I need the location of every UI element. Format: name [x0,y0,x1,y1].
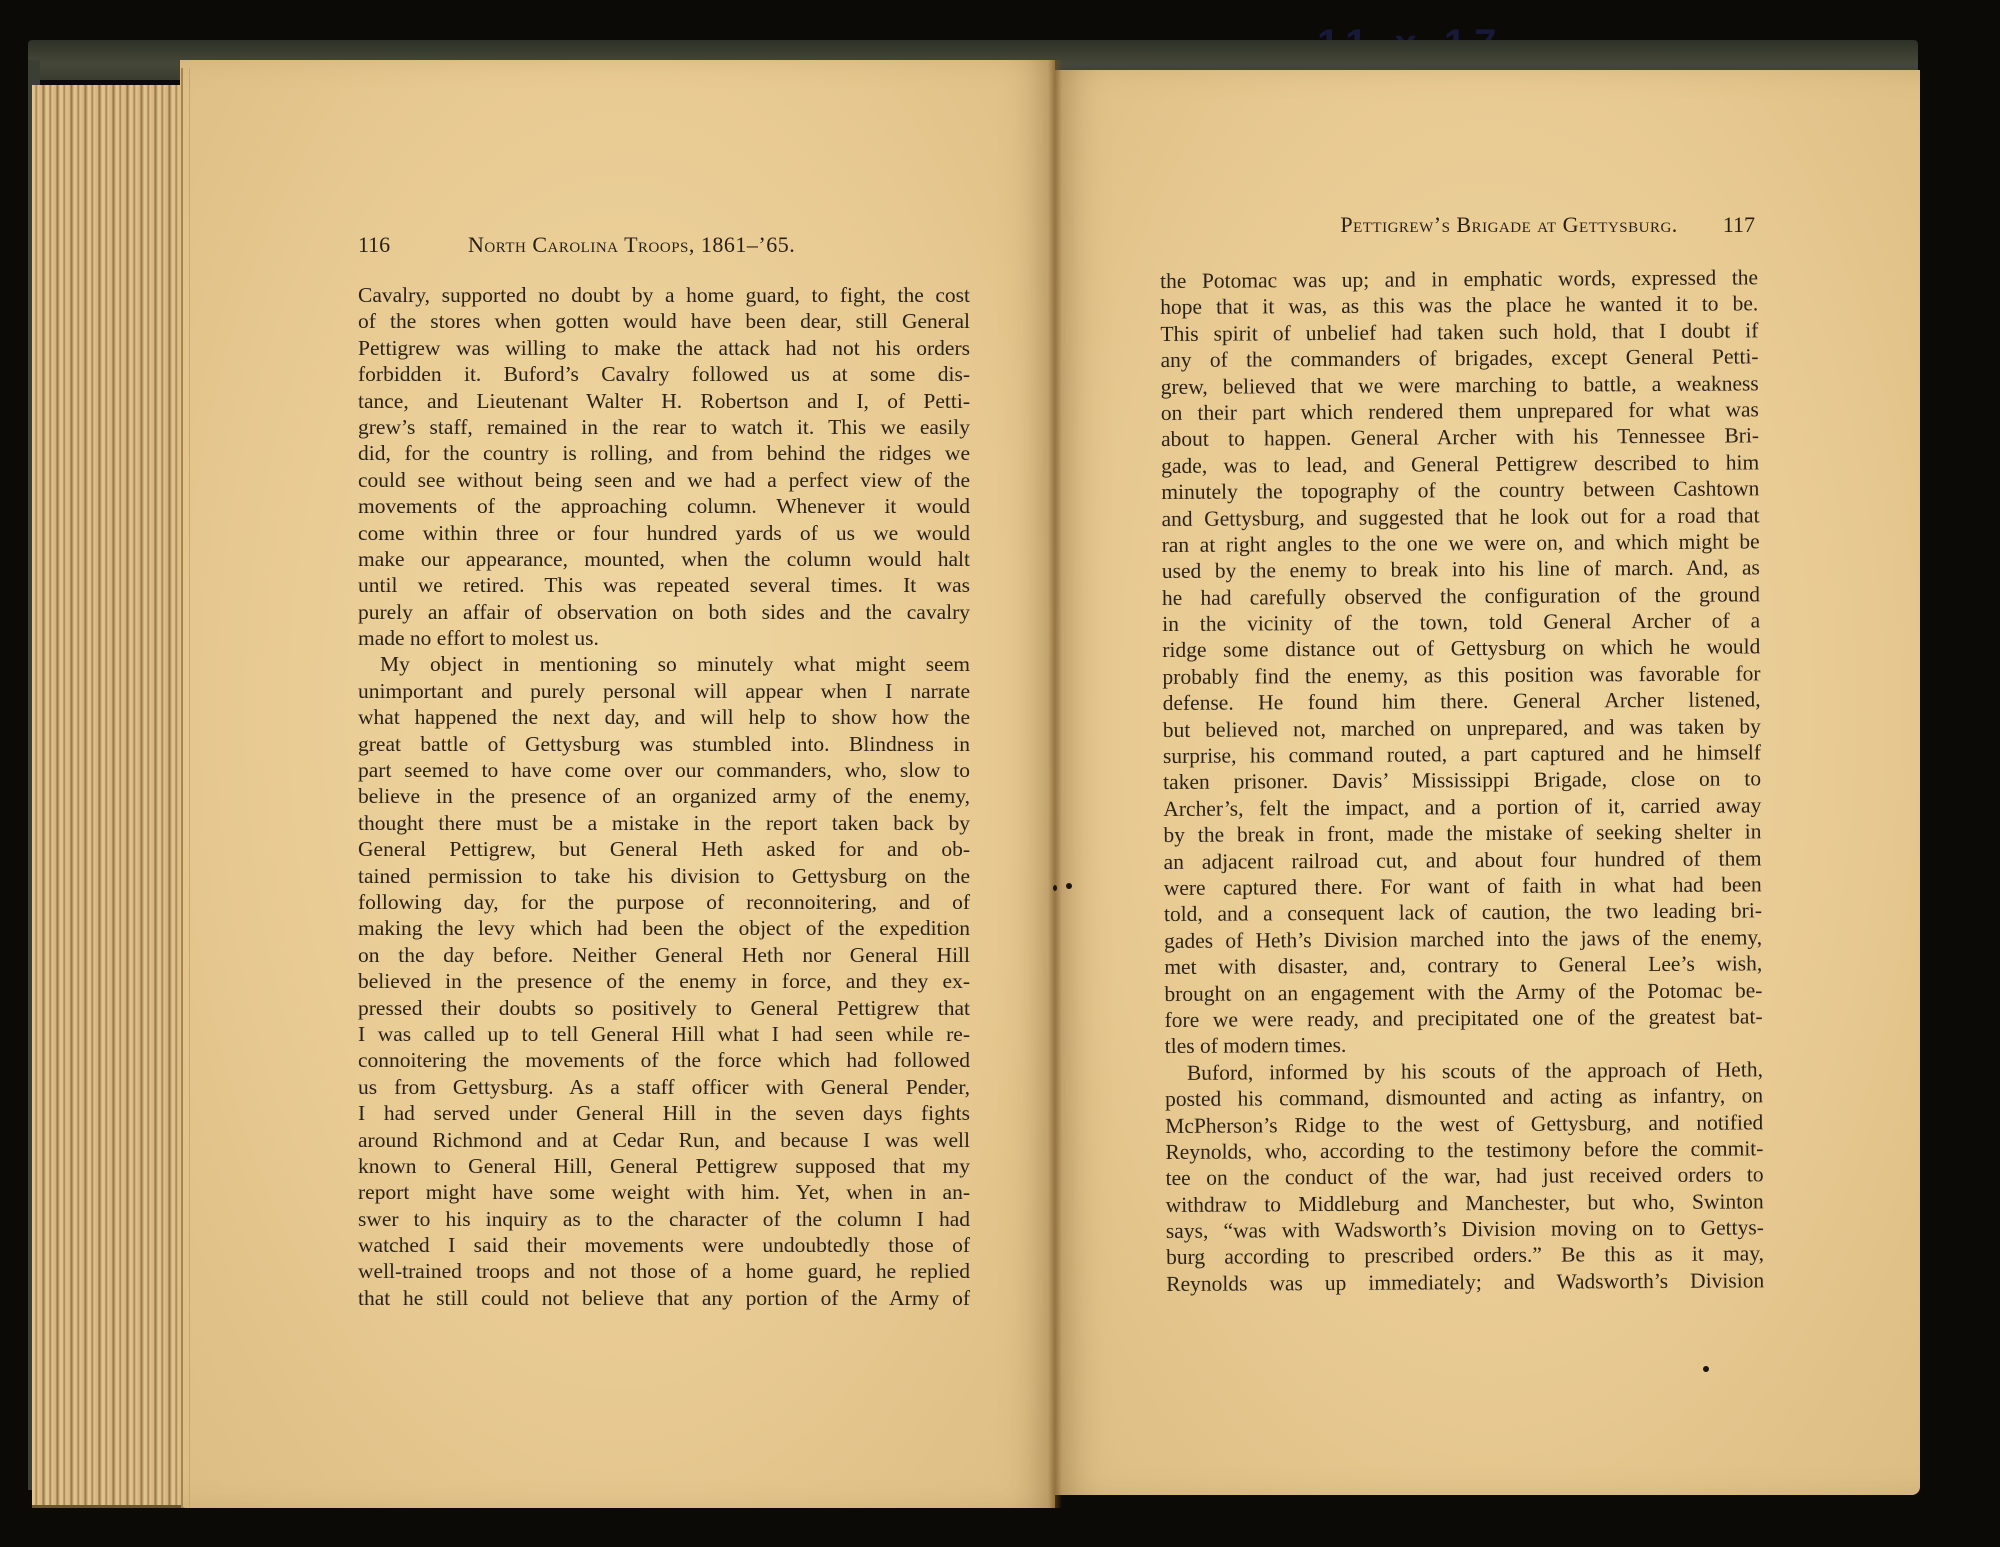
text-line: brought on an engagement with the Army o… [1164,977,1762,1007]
left-page-number: 116 [358,232,468,258]
text-line: great battle of Gettysburg was stumbled … [358,731,970,757]
text-line: gades of Heth’s Division marched into th… [1164,924,1762,954]
text-line: making the levy which had been the objec… [358,915,970,941]
text-line: part seemed to have come over our comman… [358,757,970,783]
text-line: taken prisoner. Davis’ Mississippi Briga… [1163,766,1761,796]
text-line: unimportant and purely personal will app… [358,678,970,704]
page-stack-edges [32,85,192,1508]
text-line: on their part which rendered them unprep… [1161,396,1759,426]
text-line: make our appearance, mounted, when the c… [358,546,970,572]
text-line: says, “was with Wadsworth’s Division mov… [1166,1214,1764,1244]
text-line: made no effort to molest us. [358,625,970,651]
text-line: Reynolds, who, according to the testimon… [1165,1135,1763,1165]
text-line: Reynolds was up immediately; and Wadswor… [1166,1267,1764,1297]
text-line: pressed their doubts so positively to Ge… [358,995,970,1021]
text-line: defense. He found him there. General Arc… [1163,687,1761,717]
text-line: believe in the presence of an organized … [358,783,970,809]
right-page-number: 117 [1723,212,1755,238]
text-line: he had carefully observed the configurat… [1162,581,1760,611]
text-line: Pettigrew was willing to make the attack… [358,335,970,361]
paper-speck [1053,885,1057,891]
text-line: hope that it was, as this was the place … [1160,291,1758,321]
text-line: but believed not, marched on unprepared,… [1163,713,1761,743]
text-line: McPherson’s Ridge to the west of Gettysb… [1165,1109,1763,1139]
text-line: posted his command, dismounted and actin… [1165,1082,1763,1112]
text-line: come within three or four hundred yards … [358,520,970,546]
text-line: surprise, his command routed, a part cap… [1163,739,1761,769]
text-line: on the day before. Neither General Heth … [358,942,970,968]
text-line: could see without being seen and we had … [358,467,970,493]
text-line: Archer’s, felt the impact, and a portion… [1163,792,1761,822]
text-line: Buford, informed by his scouts of the ap… [1165,1056,1763,1086]
right-running-head-title: Pettigrew’s Brigade at Gettysburg. [1340,212,1677,237]
left-page-body-text: Cavalry, supported no doubt by a home gu… [358,282,970,1311]
text-line: purely an affair of observation on both … [358,599,970,625]
text-line: and Gettysburg, and suggested that he lo… [1161,502,1759,532]
right-running-head: Pettigrew’s Brigade at Gettysburg.117 [1160,212,1755,238]
text-line: thought there must be a mistake in the r… [358,810,970,836]
text-line: Cavalry, supported no doubt by a home gu… [358,282,970,308]
text-line: My object in mentioning so minutely what… [358,651,970,677]
text-line: tained permission to take his division t… [358,863,970,889]
text-line: believed in the presence of the enemy in… [358,968,970,994]
text-line: following day, for the purpose of reconn… [358,889,970,915]
text-line: an adjacent railroad cut, and about four… [1164,845,1762,875]
text-line: met with disaster, and, contrary to Gene… [1164,950,1762,980]
text-line: well-trained troops and not those of a h… [358,1258,970,1284]
left-running-head-title: North Carolina Troops, 1861–’65. [468,232,795,257]
text-line: what happened the next day, and will hel… [358,704,970,730]
right-page-body-text: the Potomac was up; and in emphatic word… [1160,264,1764,1297]
text-line: probably find the enemy, as this positio… [1162,660,1760,690]
text-line: us from Gettysburg. As a staff officer w… [358,1074,970,1100]
text-line: swer to his inquiry as to the character … [358,1206,970,1232]
text-line: the Potomac was up; and in emphatic word… [1160,264,1758,294]
text-line: watched I said their movements were undo… [358,1232,970,1258]
text-line: were captured there. For want of faith i… [1164,871,1762,901]
text-line: grew’s staff, remained in the rear to wa… [358,414,970,440]
text-line: used by the enemy to break into his line… [1162,555,1760,585]
left-page-edge-line [181,68,190,1508]
text-line: tee on the conduct of the war, had just … [1165,1162,1763,1192]
text-line: about to happen. General Archer with his… [1161,423,1759,453]
text-line: connoitering the movements of the force … [358,1047,970,1073]
text-line: ridge some distance out of Gettysburg on… [1162,634,1760,664]
book-gutter [1048,60,1062,1508]
text-line: minutely the topography of the country b… [1161,475,1759,505]
text-line: of the stores when gotten would have bee… [358,308,970,334]
text-line: told, and a consequent lack of caution, … [1164,898,1762,928]
text-line: ran at right angles to the one we were o… [1162,528,1760,558]
text-line: until we retired. This was repeated seve… [358,572,970,598]
text-line: This spirit of unbelief had taken such h… [1160,317,1758,347]
text-line: forbidden it. Buford’s Cavalry followed … [358,361,970,387]
text-line: withdraw to Middleburg and Manchester, b… [1166,1188,1764,1218]
text-line: by the break in front, made the mistake … [1163,819,1761,849]
left-running-head: 116North Carolina Troops, 1861–’65. [358,232,968,258]
text-line: grew, believed that we were marching to … [1161,370,1759,400]
text-line: any of the commanders of brigades, excep… [1160,344,1758,374]
text-line: did, for the country is rolling, and fro… [358,440,970,466]
text-line: I had served under General Hill in the s… [358,1100,970,1126]
text-line: that he still could not believe that any… [358,1285,970,1311]
text-line: around Richmond and at Cedar Run, and be… [358,1127,970,1153]
paper-speck [1703,1366,1709,1372]
text-line: fore we were ready, and precipitated one… [1165,1003,1763,1033]
text-line: in the vicinity of the town, told Genera… [1162,607,1760,637]
text-line: gade, was to lead, and General Pettigrew… [1161,449,1759,479]
text-line: tles of modern times. [1165,1030,1763,1060]
text-line: known to General Hill, General Pettigrew… [358,1153,970,1179]
text-line: burg according to prescribed orders.” Be… [1166,1241,1764,1271]
text-line: I was called up to tell General Hill wha… [358,1021,970,1047]
paper-speck [1066,883,1072,889]
text-line: report might have some weight with him. … [358,1179,970,1205]
text-line: movements of the approaching column. Whe… [358,493,970,519]
text-line: tance, and Lieutenant Walter H. Robertso… [358,388,970,414]
text-line: General Pettigrew, but General Heth aske… [358,836,970,862]
